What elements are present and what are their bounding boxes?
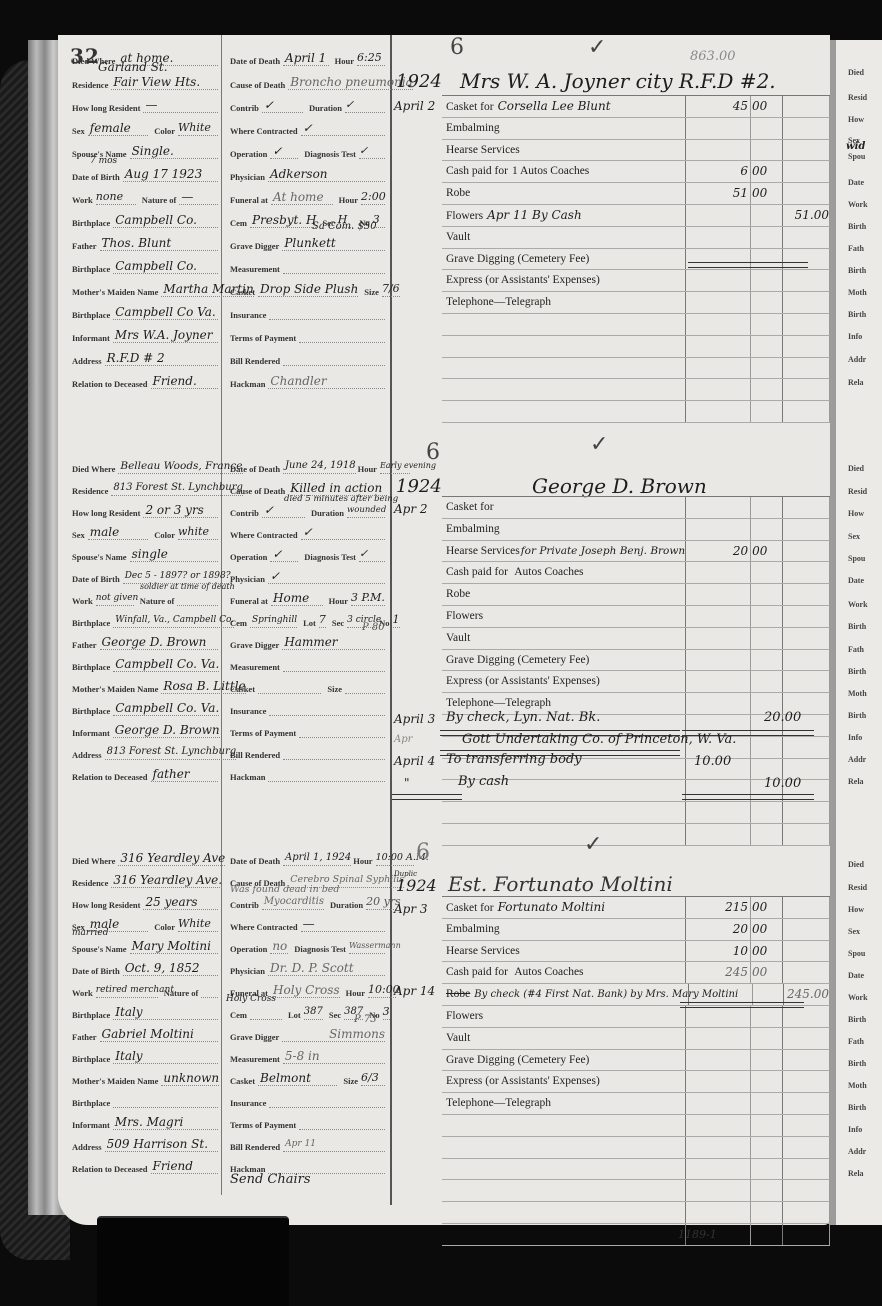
died-where-field: Died Where 316 Yeardley Ave: [72, 848, 218, 866]
ledger-account-2: 6 ✓ 1924 George D. Brown Apr 2 Casket fo…: [392, 430, 830, 820]
charges-grid: Casket forCorsella Lee Blunt4500 Embalmi…: [442, 95, 830, 423]
bill-rendered-field: Bill Rendered: [230, 348, 385, 366]
grave-digger-field: Grave Digger Hammer: [230, 632, 385, 650]
casket-size-field: Casket Size: [230, 676, 385, 694]
charge-row: Flowers: [442, 606, 830, 628]
physician-field: Physician Dr. D. P. Scott: [230, 958, 385, 976]
insurance-field: Insurance: [230, 1090, 385, 1108]
contrib-duration-field: Contrib ✓ Duration ✓: [230, 95, 385, 113]
checkmark-icon: ✓: [584, 832, 602, 857]
charge-row: Robe5100: [442, 183, 830, 205]
total-underline: [682, 794, 814, 800]
measurement-field: Measurement: [230, 256, 385, 274]
facing-page-note: wid: [846, 141, 865, 152]
charge-row: Vault: [442, 227, 830, 249]
charge-row: Flowers: [442, 1006, 830, 1028]
terms-of-payment-field: Terms of Payment: [230, 325, 385, 343]
entry-date: Apr 2: [394, 502, 428, 516]
work-field: Work none Nature of —: [72, 187, 218, 205]
sex-color-field: Sex female Color White: [72, 118, 218, 136]
charge-row: FlowersApr 11 By Cash51.00: [442, 205, 830, 227]
account-name: George D. Brown: [532, 474, 707, 498]
birthplace-field: Birthplace Campbell Co.: [72, 210, 218, 228]
sex-color-field: Sex male Color white: [72, 522, 218, 540]
date-of-death-field: Date of Death April 1, 1924 Hour 10:00 A…: [230, 848, 390, 866]
date-of-birth-field: Date of Birth Oct. 9, 1852: [72, 958, 218, 976]
spouse-name-field: Spouse's Name Mary Moltini: [72, 936, 218, 954]
mother-maiden-name-field: Mother's Maiden Name Rosa B. Little: [72, 676, 218, 694]
casket-size-field: Casket Drop Side Plush Size 7/6: [230, 279, 385, 297]
casket-size-field: Casket Belmont Size 6/3: [230, 1068, 385, 1086]
father-field: Father Gabriel Moltini: [72, 1024, 218, 1042]
charge-row: Grave Digging (Cemetery Fee): [442, 1050, 830, 1072]
contrib-duration-field: Contrib Myocarditis Duration 20 yrs: [230, 892, 385, 910]
father-birthplace-field: Birthplace Italy: [72, 1046, 218, 1064]
charge-row: Vault: [442, 1028, 830, 1050]
informant-field: Informant George D. Brown: [72, 720, 218, 738]
ledger-year: 1924: [396, 876, 437, 895]
charges-grid: Casket forFortunato Moltini21500 Embalmi…: [442, 896, 830, 1246]
charge-row: Express (or Assistants' Expenses): [442, 270, 830, 292]
ledger-mark: 6: [426, 440, 440, 465]
how-long-resident-field: How long Resident —: [72, 95, 218, 113]
date-of-death-field: Date of Death June 24, 1918 Hour Early e…: [230, 456, 385, 474]
mother-birthplace-field: Birthplace Campbell Co. Va.: [72, 698, 218, 716]
work-field: Work retired merchant Nature of: [72, 980, 218, 998]
father-field: Father George D. Brown: [72, 632, 218, 650]
entry-underline: [392, 794, 462, 800]
charge-row: Vault: [442, 628, 830, 650]
charge-row: Cash paid for Autos Coaches24500: [442, 962, 830, 984]
address-field: Address 813 Forest St. Lynchburg: [72, 742, 218, 760]
charge-row: Hearse Services1000: [442, 941, 830, 963]
physician-field: Physician ✓: [230, 566, 385, 584]
entry-date: Apr 3: [394, 902, 428, 916]
mother-maiden-name-field: Mother's Maiden Name unknown: [72, 1068, 218, 1086]
hackman-field: Hackman Chandler: [230, 371, 385, 389]
total-underline: [680, 1002, 804, 1008]
account-name: Mrs W. A. Joyner city R.F.D #2.: [460, 69, 776, 93]
entry-date: Apr 14: [394, 984, 435, 998]
how-long-resident-field: How long Resident 2 or 3 yrs: [72, 500, 218, 518]
total-underline: [688, 262, 808, 268]
died-where-field: Died Where Belleau Woods, France: [72, 456, 218, 474]
cause-of-death-field: Cause of Death Broncho pneumonia: [230, 72, 385, 90]
residence-field: Residence 813 Forest St. Lynchburg: [72, 478, 218, 496]
ledger-mark: 6: [450, 35, 464, 60]
bill-rendered-field: Bill Rendered Apr 11: [230, 1134, 385, 1152]
charge-row: Express (or Assistants' Expenses): [442, 1071, 830, 1093]
measurement-field: Measurement 5-8 in: [230, 1046, 385, 1064]
checkmark-icon: ✓: [588, 35, 606, 60]
facing-page-edge: [830, 40, 882, 1225]
charge-row: Telephone—Telegraph: [442, 1093, 830, 1115]
relation-field: Relation to Deceased Friend: [72, 1156, 218, 1174]
book-clip: [97, 1216, 289, 1306]
charge-row: Hearse Servicesfor Private Joseph Benj. …: [442, 541, 830, 563]
spouse-name-field: Spouse's Name single: [72, 544, 218, 562]
charge-row: Casket forCorsella Lee Blunt4500: [442, 96, 830, 118]
charge-row: Casket for: [442, 497, 830, 519]
ledger-year: 1924: [396, 71, 442, 92]
charge-row: Embalming: [442, 118, 830, 140]
birthplace-field: Birthplace Italy: [72, 1002, 218, 1020]
address-field: Address R.F.D # 2: [72, 348, 218, 366]
operation-diagnosis-field: Operation no Diagnosis Test Wassermann: [230, 936, 385, 954]
measurement-field: Measurement: [230, 654, 385, 672]
charge-row: Robe: [442, 584, 830, 606]
work-field: Work not given Nature of: [72, 588, 218, 606]
informant-field: Informant Mrs. Magri: [72, 1112, 218, 1130]
terms-of-payment-field: Terms of Payment: [230, 1112, 385, 1130]
bill-rendered-field: Bill Rendered: [230, 742, 385, 760]
entry-date: April 2: [394, 99, 435, 113]
grave-digger-field: Grave Digger Simmons: [230, 1024, 385, 1042]
charge-row: Embalming: [442, 519, 830, 541]
residence-field: Residence 316 Yeardley Ave.: [72, 870, 218, 888]
account-name: Est. Fortunato Moltini: [448, 872, 673, 896]
footer-note: 1189-1: [678, 1228, 717, 1241]
grave-digger-field: Grave Digger Plunkett: [230, 233, 385, 251]
charge-row: Telephone—Telegraph: [442, 292, 830, 314]
insurance-field: Insurance: [230, 698, 385, 716]
where-contracted-field: Where Contracted —: [230, 914, 385, 932]
address-field: Address 509 Harrison St.: [72, 1134, 218, 1152]
charge-row: Casket forFortunato Moltini21500: [442, 897, 830, 919]
charge-row: Cash paid for1 Autos Coaches600: [442, 161, 830, 183]
funeral-field: Funeral at Home Hour 3 P.M.: [230, 588, 385, 606]
mother-birthplace-field: Birthplace Campbell Co Va.: [72, 302, 218, 320]
physician-field: Physician Adkerson: [230, 164, 385, 182]
charge-row: Grave Digging (Cemetery Fee): [442, 650, 830, 672]
contrib-duration-field: Contrib ✓ Duration wounded: [230, 500, 385, 518]
relation-field: Relation to Deceased father: [72, 764, 218, 782]
ledger-account-3: 6 ✓ Duplic 1924 Est. Fortunato Moltini A…: [392, 830, 830, 1210]
hackman-note: Send Chairs: [230, 1172, 311, 1187]
father-field: Father Thos. Blunt: [72, 233, 218, 251]
insurance-field: Insurance: [230, 302, 385, 320]
date-of-death-field: Date of Death April 1 Hour 6:25: [230, 48, 385, 66]
terms-of-payment-field: Terms of Payment: [230, 720, 385, 738]
ledger-year: 1924: [396, 476, 442, 497]
checkmark-icon: ✓: [590, 432, 608, 457]
informant-field: Informant Mrs W.A. Joyner: [72, 325, 218, 343]
mother-maiden-name-field: Mother's Maiden Name Martha Martin: [72, 279, 218, 297]
relation-field: Relation to Deceased Friend.: [72, 371, 218, 389]
how-long-resident-field: How long Resident 25 years: [72, 892, 218, 910]
ledger-account-1: 6 ✓ 863.00 1924 Mrs W. A. Joyner city R.…: [392, 35, 830, 415]
charge-row: Embalming2000: [442, 919, 830, 941]
operation-diagnosis-field: Operation ✓ Diagnosis Test ✓: [230, 544, 385, 562]
charge-row: Express (or Assistants' Expenses): [442, 671, 830, 693]
date-of-birth-field: Date of Birth Aug 17 1923: [72, 164, 218, 182]
mother-birthplace-field: Birthplace: [72, 1090, 218, 1108]
hackman-field: Hackman: [230, 764, 385, 782]
operation-diagnosis-field: Operation ✓ Diagnosis Test ✓: [230, 141, 385, 159]
charge-row: Hearse Services: [442, 140, 830, 162]
where-contracted-field: Where Contracted ✓: [230, 522, 385, 540]
funeral-field: Funeral at At home Hour 2:00: [230, 187, 385, 205]
charge-row: Cash paid for Autos Coaches: [442, 562, 830, 584]
residence-field: Residence Fair View Hts.: [72, 72, 218, 90]
father-birthplace-field: Birthplace Campbell Co. Va.: [72, 654, 218, 672]
ledger-mark: 6: [416, 840, 430, 865]
cemetery-note: Sa Com. $50: [312, 221, 377, 232]
father-birthplace-field: Birthplace Campbell Co.: [72, 256, 218, 274]
account-total-note: 863.00: [690, 49, 736, 64]
birthplace-field: Birthplace Winfall, Va., Campbell Co.: [72, 610, 218, 628]
where-contracted-field: Where Contracted ✓: [230, 118, 385, 136]
